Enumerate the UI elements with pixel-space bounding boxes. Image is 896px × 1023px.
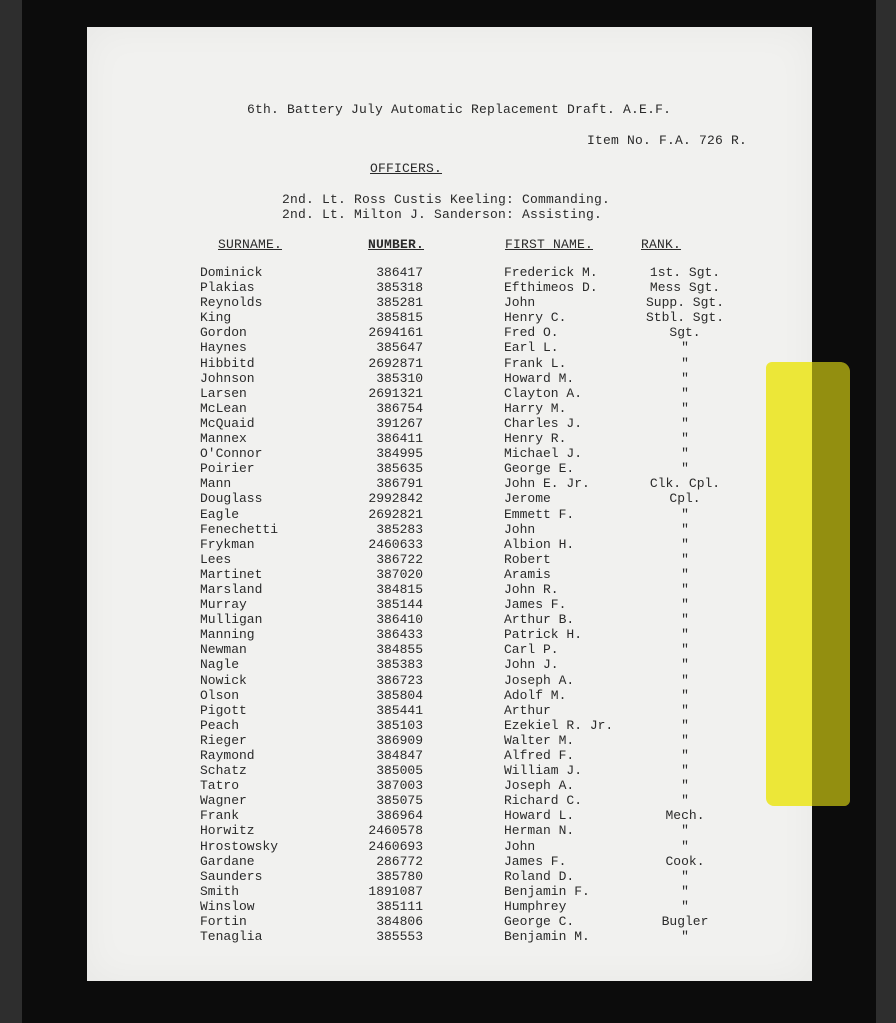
number-cell: 385553 bbox=[353, 930, 423, 944]
table-row: Haynes385647Earl L." bbox=[0, 341, 896, 356]
surname-cell: Nowick bbox=[200, 674, 247, 688]
number-cell: 385635 bbox=[353, 462, 423, 476]
first-name-cell: Alfred F. bbox=[504, 749, 574, 763]
rank-cell: " bbox=[640, 794, 730, 808]
table-row: Martinet387020Aramis" bbox=[0, 568, 896, 583]
surname-cell: Poirier bbox=[200, 462, 255, 476]
column-header-number: NUMBER. bbox=[368, 237, 424, 252]
surname-cell: McLean bbox=[200, 402, 247, 416]
first-name-cell: Harry M. bbox=[504, 402, 566, 416]
first-name-cell: James F. bbox=[504, 855, 566, 869]
rank-cell: " bbox=[640, 432, 730, 446]
table-row: Olson385804Adolf M." bbox=[0, 689, 896, 704]
surname-cell: Marsland bbox=[200, 583, 262, 597]
surname-cell: Douglass bbox=[200, 492, 262, 506]
number-cell: 2692821 bbox=[353, 508, 423, 522]
table-row: Dominick386417Frederick M.1st. Sgt. bbox=[0, 266, 896, 281]
rank-cell: Stbl. Sgt. bbox=[640, 311, 730, 325]
number-cell: 386754 bbox=[353, 402, 423, 416]
number-cell: 2692871 bbox=[353, 357, 423, 371]
number-cell: 386723 bbox=[353, 674, 423, 688]
number-cell: 386791 bbox=[353, 477, 423, 491]
table-row: Gordon2694161Fred O.Sgt. bbox=[0, 326, 896, 341]
rank-cell: Mech. bbox=[640, 809, 730, 823]
table-row: Nagle385383John J." bbox=[0, 658, 896, 673]
surname-cell: Mann bbox=[200, 477, 231, 491]
surname-cell: Raymond bbox=[200, 749, 255, 763]
number-cell: 2460633 bbox=[353, 538, 423, 552]
table-row: Manning386433Patrick H." bbox=[0, 628, 896, 643]
surname-cell: Mannex bbox=[200, 432, 247, 446]
surname-cell: Smith bbox=[200, 885, 239, 899]
number-cell: 387003 bbox=[353, 779, 423, 793]
surname-cell: McQuaid bbox=[200, 417, 255, 431]
rank-cell: " bbox=[640, 538, 730, 552]
rank-cell: " bbox=[640, 734, 730, 748]
surname-cell: Winslow bbox=[200, 900, 255, 914]
first-name-cell: George E. bbox=[504, 462, 574, 476]
rank-cell: " bbox=[640, 840, 730, 854]
surname-cell: Haynes bbox=[200, 341, 247, 355]
table-row: Poirier385635George E." bbox=[0, 462, 896, 477]
table-row: McLean386754Harry M." bbox=[0, 402, 896, 417]
first-name-cell: George C. bbox=[504, 915, 574, 929]
first-name-cell: Arthur B. bbox=[504, 613, 574, 627]
surname-cell: Plakias bbox=[200, 281, 255, 295]
rank-cell: " bbox=[640, 568, 730, 582]
first-name-cell: Richard C. bbox=[504, 794, 582, 808]
number-cell: 385647 bbox=[353, 341, 423, 355]
table-row: Tatro387003Joseph A." bbox=[0, 779, 896, 794]
first-name-cell: Arthur bbox=[504, 704, 551, 718]
first-name-cell: Fred O. bbox=[504, 326, 559, 340]
table-row: Eagle2692821Emmett F." bbox=[0, 508, 896, 523]
rank-cell: " bbox=[640, 900, 730, 914]
rank-cell: Cook. bbox=[640, 855, 730, 869]
first-name-cell: John bbox=[504, 840, 535, 854]
rank-cell: " bbox=[640, 508, 730, 522]
rank-cell: " bbox=[640, 658, 730, 672]
surname-cell: King bbox=[200, 311, 231, 325]
rank-cell: " bbox=[640, 885, 730, 899]
table-row: Plakias385318Efthimeos D.Mess Sgt. bbox=[0, 281, 896, 296]
surname-cell: Lees bbox=[200, 553, 231, 567]
surname-cell: Johnson bbox=[200, 372, 255, 386]
rank-cell: " bbox=[640, 357, 730, 371]
table-row: Johnson385310Howard M." bbox=[0, 372, 896, 387]
rank-cell: " bbox=[640, 462, 730, 476]
table-row: Fortin384806George C.Bugler bbox=[0, 915, 896, 930]
first-name-cell: John bbox=[504, 296, 535, 310]
column-header-surname: SURNAME. bbox=[218, 237, 282, 252]
table-row: Raymond384847Alfred F." bbox=[0, 749, 896, 764]
table-row: Marsland384815John R." bbox=[0, 583, 896, 598]
surname-cell: Schatz bbox=[200, 764, 247, 778]
rank-cell: " bbox=[640, 523, 730, 537]
number-cell: 384815 bbox=[353, 583, 423, 597]
surname-cell: Tenaglia bbox=[200, 930, 262, 944]
rank-cell: " bbox=[640, 372, 730, 386]
first-name-cell: Benjamin M. bbox=[504, 930, 590, 944]
first-name-cell: Emmett F. bbox=[504, 508, 574, 522]
roster-table: Dominick386417Frederick M.1st. Sgt.Plaki… bbox=[0, 266, 896, 945]
rank-cell: " bbox=[640, 674, 730, 688]
number-cell: 1891087 bbox=[353, 885, 423, 899]
rank-cell: " bbox=[640, 764, 730, 778]
first-name-cell: Humphrey bbox=[504, 900, 566, 914]
number-cell: 385103 bbox=[353, 719, 423, 733]
rank-cell: " bbox=[640, 583, 730, 597]
surname-cell: Peach bbox=[200, 719, 239, 733]
number-cell: 385441 bbox=[353, 704, 423, 718]
surname-cell: Newman bbox=[200, 643, 247, 657]
rank-cell: " bbox=[640, 417, 730, 431]
number-cell: 386722 bbox=[353, 553, 423, 567]
first-name-cell: Carl P. bbox=[504, 643, 559, 657]
rank-cell: " bbox=[640, 824, 730, 838]
first-name-cell: Adolf M. bbox=[504, 689, 566, 703]
surname-cell: Gordon bbox=[200, 326, 247, 340]
officer-commanding: 2nd. Lt. Ross Custis Keeling: Commanding… bbox=[282, 192, 610, 207]
number-cell: 385310 bbox=[353, 372, 423, 386]
table-row: Saunders385780Roland D." bbox=[0, 870, 896, 885]
rank-cell: " bbox=[640, 704, 730, 718]
officer-assisting: 2nd. Lt. Milton J. Sanderson: Assisting. bbox=[282, 207, 602, 222]
surname-cell: Mulligan bbox=[200, 613, 262, 627]
surname-cell: Reynolds bbox=[200, 296, 262, 310]
table-row: Frykman2460633Albion H." bbox=[0, 538, 896, 553]
first-name-cell: Walter M. bbox=[504, 734, 574, 748]
rank-cell: Bugler bbox=[640, 915, 730, 929]
rank-cell: Cpl. bbox=[640, 492, 730, 506]
number-cell: 385804 bbox=[353, 689, 423, 703]
first-name-cell: Earl L. bbox=[504, 341, 559, 355]
number-cell: 385318 bbox=[353, 281, 423, 295]
column-header-first-name: FIRST NAME. bbox=[505, 237, 593, 252]
first-name-cell: James F. bbox=[504, 598, 566, 612]
table-row: Pigott385441Arthur" bbox=[0, 704, 896, 719]
first-name-cell: Herman N. bbox=[504, 824, 574, 838]
number-cell: 385283 bbox=[353, 523, 423, 537]
table-row: Wagner385075Richard C." bbox=[0, 794, 896, 809]
number-cell: 385383 bbox=[353, 658, 423, 672]
number-cell: 2691321 bbox=[353, 387, 423, 401]
table-row: Smith1891087Benjamin F." bbox=[0, 885, 896, 900]
rank-cell: Clk. Cpl. bbox=[640, 477, 730, 491]
number-cell: 391267 bbox=[353, 417, 423, 431]
surname-cell: Manning bbox=[200, 628, 255, 642]
surname-cell: Larsen bbox=[200, 387, 247, 401]
number-cell: 384847 bbox=[353, 749, 423, 763]
rank-cell: 1st. Sgt. bbox=[640, 266, 730, 280]
number-cell: 386909 bbox=[353, 734, 423, 748]
number-cell: 386964 bbox=[353, 809, 423, 823]
surname-cell: Tatro bbox=[200, 779, 239, 793]
rank-cell: " bbox=[640, 553, 730, 567]
table-row: Hrostowsky2460693John" bbox=[0, 840, 896, 855]
first-name-cell: Patrick H. bbox=[504, 628, 582, 642]
number-cell: 384806 bbox=[353, 915, 423, 929]
document-title: 6th. Battery July Automatic Replacement … bbox=[247, 102, 671, 117]
surname-cell: Dominick bbox=[200, 266, 262, 280]
first-name-cell: Joseph A. bbox=[504, 674, 574, 688]
first-name-cell: Henry R. bbox=[504, 432, 566, 446]
first-name-cell: John J. bbox=[504, 658, 559, 672]
number-cell: 385144 bbox=[353, 598, 423, 612]
surname-cell: Olson bbox=[200, 689, 239, 703]
number-cell: 386411 bbox=[353, 432, 423, 446]
table-row: Tenaglia385553Benjamin M." bbox=[0, 930, 896, 945]
table-row: McQuaid391267Charles J." bbox=[0, 417, 896, 432]
rank-cell: " bbox=[640, 749, 730, 763]
table-row: Peach385103Ezekiel R. Jr." bbox=[0, 719, 896, 734]
rank-cell: " bbox=[640, 643, 730, 657]
first-name-cell: Howard M. bbox=[504, 372, 574, 386]
rank-cell: Mess Sgt. bbox=[640, 281, 730, 295]
number-cell: 2460693 bbox=[353, 840, 423, 854]
first-name-cell: Efthimeos D. bbox=[504, 281, 598, 295]
surname-cell: Fortin bbox=[200, 915, 247, 929]
number-cell: 384995 bbox=[353, 447, 423, 461]
surname-cell: Hrostowsky bbox=[200, 840, 278, 854]
first-name-cell: Jerome bbox=[504, 492, 551, 506]
number-cell: 2460578 bbox=[353, 824, 423, 838]
table-row: King385815Henry C.Stbl. Sgt. bbox=[0, 311, 896, 326]
surname-cell: Eagle bbox=[200, 508, 239, 522]
number-cell: 385780 bbox=[353, 870, 423, 884]
table-row: Reynolds385281JohnSupp. Sgt. bbox=[0, 296, 896, 311]
surname-cell: Hibbitd bbox=[200, 357, 255, 371]
rank-cell: " bbox=[640, 387, 730, 401]
table-row: Winslow385111Humphrey" bbox=[0, 900, 896, 915]
number-cell: 386417 bbox=[353, 266, 423, 280]
number-cell: 385281 bbox=[353, 296, 423, 310]
surname-cell: Frykman bbox=[200, 538, 255, 552]
table-row: Nowick386723Joseph A." bbox=[0, 674, 896, 689]
first-name-cell: Joseph A. bbox=[504, 779, 574, 793]
number-cell: 385075 bbox=[353, 794, 423, 808]
surname-cell: Horwitz bbox=[200, 824, 255, 838]
officers-heading: OFFICERS. bbox=[370, 161, 442, 176]
number-cell: 385111 bbox=[353, 900, 423, 914]
first-name-cell: Aramis bbox=[504, 568, 551, 582]
surname-cell: Nagle bbox=[200, 658, 239, 672]
rank-cell: " bbox=[640, 598, 730, 612]
column-header-rank: RANK. bbox=[641, 237, 681, 252]
number-cell: 384855 bbox=[353, 643, 423, 657]
surname-cell: Frank bbox=[200, 809, 239, 823]
table-row: Gardane286772James F.Cook. bbox=[0, 855, 896, 870]
table-row: Douglass2992842JeromeCpl. bbox=[0, 492, 896, 507]
first-name-cell: Ezekiel R. Jr. bbox=[504, 719, 613, 733]
table-row: Mann386791John E. Jr.Clk. Cpl. bbox=[0, 477, 896, 492]
number-cell: 386410 bbox=[353, 613, 423, 627]
rank-cell: Supp. Sgt. bbox=[640, 296, 730, 310]
table-row: O'Connor384995Michael J." bbox=[0, 447, 896, 462]
table-row: Mannex386411Henry R." bbox=[0, 432, 896, 447]
rank-cell: " bbox=[640, 341, 730, 355]
number-cell: 2694161 bbox=[353, 326, 423, 340]
table-row: Murray385144James F." bbox=[0, 598, 896, 613]
surname-cell: Wagner bbox=[200, 794, 247, 808]
table-row: Rieger386909Walter M." bbox=[0, 734, 896, 749]
surname-cell: O'Connor bbox=[200, 447, 262, 461]
first-name-cell: Roland D. bbox=[504, 870, 574, 884]
first-name-cell: Benjamin F. bbox=[504, 885, 590, 899]
first-name-cell: Robert bbox=[504, 553, 551, 567]
rank-cell: " bbox=[640, 719, 730, 733]
table-row: Newman384855Carl P." bbox=[0, 643, 896, 658]
number-cell: 2992842 bbox=[353, 492, 423, 506]
first-name-cell: Frank L. bbox=[504, 357, 566, 371]
rank-cell: " bbox=[640, 402, 730, 416]
first-name-cell: John E. Jr. bbox=[504, 477, 590, 491]
surname-cell: Murray bbox=[200, 598, 247, 612]
surname-cell: Pigott bbox=[200, 704, 247, 718]
table-row: Hibbitd2692871Frank L." bbox=[0, 357, 896, 372]
surname-cell: Saunders bbox=[200, 870, 262, 884]
table-row: Schatz385005William J." bbox=[0, 764, 896, 779]
surname-cell: Gardane bbox=[200, 855, 255, 869]
surname-cell: Rieger bbox=[200, 734, 247, 748]
rank-cell: " bbox=[640, 447, 730, 461]
table-row: Fenechetti385283John" bbox=[0, 523, 896, 538]
first-name-cell: Albion H. bbox=[504, 538, 574, 552]
surname-cell: Martinet bbox=[200, 568, 262, 582]
first-name-cell: William J. bbox=[504, 764, 582, 778]
rank-cell: " bbox=[640, 613, 730, 627]
rank-cell: " bbox=[640, 930, 730, 944]
first-name-cell: Frederick M. bbox=[504, 266, 598, 280]
surname-cell: Fenechetti bbox=[200, 523, 278, 537]
table-row: Horwitz2460578Herman N." bbox=[0, 824, 896, 839]
number-cell: 385005 bbox=[353, 764, 423, 778]
first-name-cell: Henry C. bbox=[504, 311, 566, 325]
item-number: Item No. F.A. 726 R. bbox=[587, 133, 747, 148]
first-name-cell: John bbox=[504, 523, 535, 537]
first-name-cell: Howard L. bbox=[504, 809, 574, 823]
rank-cell: Sgt. bbox=[640, 326, 730, 340]
rank-cell: " bbox=[640, 628, 730, 642]
table-row: Larsen2691321Clayton A." bbox=[0, 387, 896, 402]
number-cell: 385815 bbox=[353, 311, 423, 325]
number-cell: 386433 bbox=[353, 628, 423, 642]
table-row: Mulligan386410Arthur B." bbox=[0, 613, 896, 628]
rank-cell: " bbox=[640, 689, 730, 703]
rank-cell: " bbox=[640, 870, 730, 884]
number-cell: 387020 bbox=[353, 568, 423, 582]
number-cell: 286772 bbox=[353, 855, 423, 869]
first-name-cell: Michael J. bbox=[504, 447, 582, 461]
first-name-cell: Charles J. bbox=[504, 417, 582, 431]
table-row: Frank386964Howard L.Mech. bbox=[0, 809, 896, 824]
rank-cell: " bbox=[640, 779, 730, 793]
first-name-cell: John R. bbox=[504, 583, 559, 597]
table-row: Lees386722Robert" bbox=[0, 553, 896, 568]
first-name-cell: Clayton A. bbox=[504, 387, 582, 401]
